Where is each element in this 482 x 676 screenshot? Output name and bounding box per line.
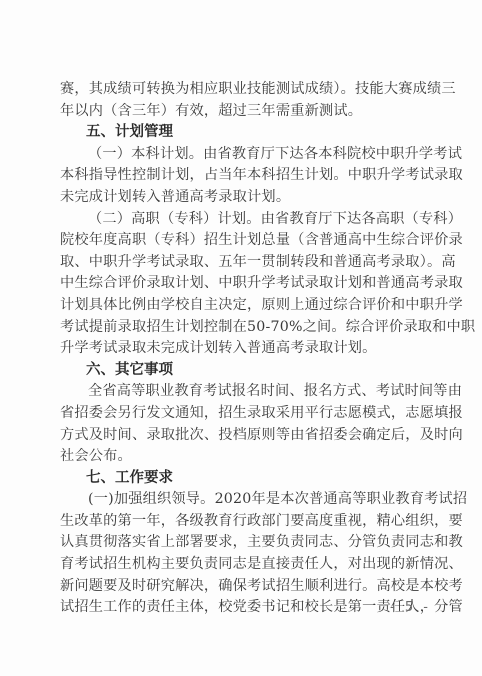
section-heading-other-matters: 六、其它事项 <box>60 360 422 382</box>
body-line: 试招生工作的责任主体，校党委书记和校长是第一责任人，分管 <box>60 597 422 619</box>
body-line: (一)加强组织领导。2020年是本次普通高等职业教育考试招 <box>60 489 422 511</box>
body-line: 中生综合评价录取计划、中职升学考试录取计划和普通高考录取 <box>60 273 422 295</box>
body-line: 省招委会另行发文通知，招生录取采用平行志愿模式，志愿填报 <box>60 403 422 425</box>
body-line: 本科指导性控制计划，占当年本科招生计划。中职升学考试录取 <box>60 165 422 187</box>
document-page: 赛，其成绩可转换为相应职业技能测试成绩）。技能大赛成绩三 年以内（含三年）有效，… <box>0 0 482 676</box>
page-body: 赛，其成绩可转换为相应职业技能测试成绩）。技能大赛成绩三 年以内（含三年）有效，… <box>60 79 422 619</box>
body-line: 取、中职升学考试录取、五年一贯制转段和普通高考录取）。高 <box>60 252 422 274</box>
body-line: 方式及时间、录取批次、投档原则等由省招委会确定后，及时向 <box>60 425 422 447</box>
body-line: 生改革的第一年，各级教育行政部门要高度重视，精心组织，要 <box>60 511 422 533</box>
body-line: 考试提前录取招生计划控制在50-70%之间。综合评价录取和中职 <box>60 317 422 339</box>
body-line: 年以内（含三年）有效，超过三年需重新测试。 <box>60 101 422 123</box>
body-line: （一）本科计划。由省教育厅下达各本科院校中职升学考试 <box>60 144 422 166</box>
body-line: 认真贯彻落实省上部署要求，主要负责同志、分管负责同志和教 <box>60 532 422 554</box>
body-line: 社会公布。 <box>60 446 422 468</box>
section-heading-plan-management: 五、计划管理 <box>60 122 422 144</box>
body-line: 院校年度高职（专科）招生计划总量（含普通高中生综合评价录 <box>60 230 422 252</box>
body-line: 计划具体比例由学校自主决定，原则上通过综合评价和中职升学 <box>60 295 422 317</box>
body-line: 未完成计划转入普通高考录取计划。 <box>60 187 422 209</box>
body-line: 育考试招生机构主要负责同志是直接责任人，对出现的新情况、 <box>60 554 422 576</box>
body-line: 升学考试录取未完成计划转入普通高考录取计划。 <box>60 338 422 360</box>
body-line: 赛，其成绩可转换为相应职业技能测试成绩）。技能大赛成绩三 <box>60 79 422 101</box>
page-number: - 5 - <box>390 600 431 615</box>
body-line: 新问题要及时研究解决，确保考试招生顺利进行。高校是本校考 <box>60 576 422 598</box>
section-heading-work-requirements: 七、工作要求 <box>60 468 422 490</box>
body-line: 全省高等职业教育考试报名时间、报名方式、考试时间等由 <box>60 381 422 403</box>
body-line: （二）高职（专科）计划。由省教育厅下达各高职（专科） <box>60 209 422 231</box>
